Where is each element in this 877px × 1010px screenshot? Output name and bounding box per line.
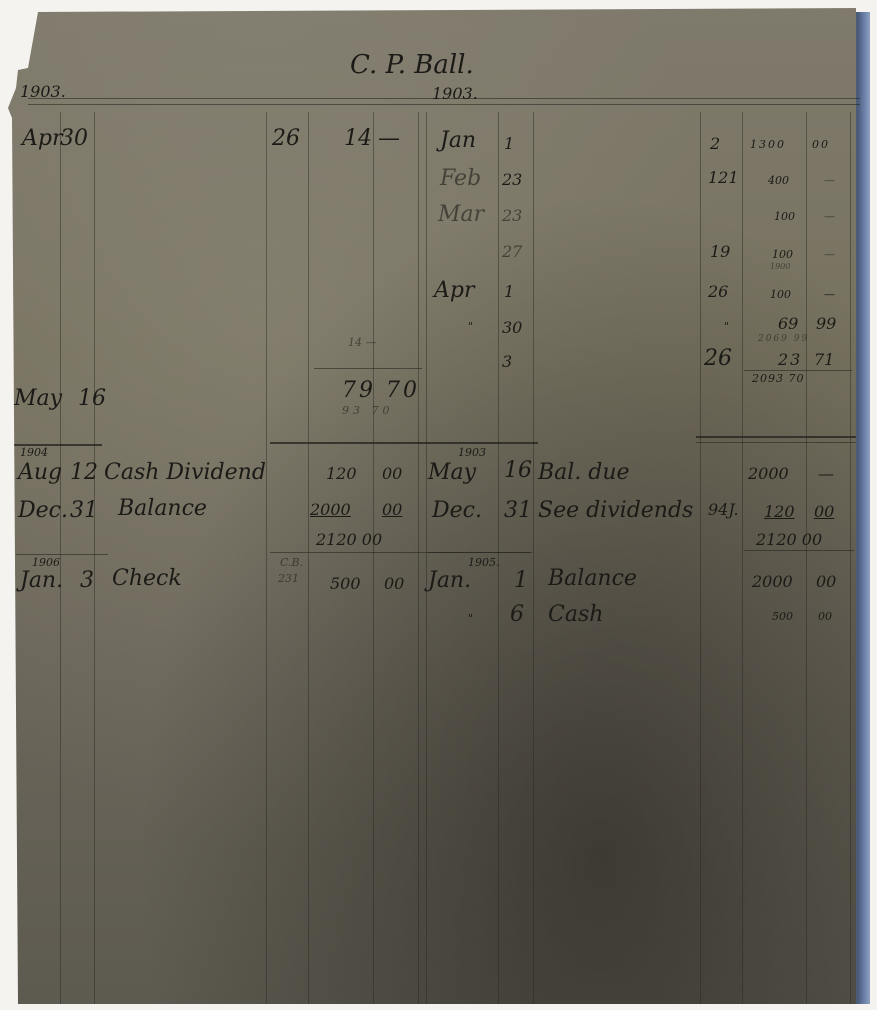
- credit-cents: —: [824, 288, 835, 301]
- column-line: [94, 112, 95, 1010]
- credit-folio: 26: [708, 282, 728, 301]
- bal-due-desc: Bal. due: [538, 460, 630, 485]
- debit-total: 79 70: [342, 378, 420, 403]
- section-rule: [270, 442, 538, 444]
- credit-month: Feb: [440, 166, 481, 191]
- credit-month: Apr: [434, 278, 475, 303]
- credit-folio: ": [724, 320, 729, 333]
- credit-amount: 100: [774, 210, 795, 223]
- credit-day: 23: [502, 206, 522, 225]
- credit-pencil-subtotal: 2069 99: [758, 334, 809, 344]
- balance-fwd-cents: 00: [816, 572, 836, 591]
- balance-fwd-desc: Balance: [548, 566, 637, 591]
- may-month: May: [14, 386, 62, 411]
- credit-amount: 100: [772, 248, 793, 261]
- credit-total: 2093 70: [752, 372, 805, 385]
- credit-dec-day: 31: [504, 498, 532, 523]
- column-line: [60, 112, 61, 1010]
- column-line: [373, 112, 374, 1010]
- credit-day: 1: [504, 282, 514, 301]
- credit-cents: —: [824, 248, 835, 261]
- bal-due-amount: 2000: [748, 464, 789, 483]
- balance-amount: 2000: [310, 500, 351, 519]
- credit-amount: 400: [768, 174, 789, 187]
- section-rule: [744, 550, 854, 551]
- column-line: [426, 112, 427, 1010]
- see-dividends-folio: 94J.: [708, 500, 739, 519]
- aug-day: 12: [70, 460, 98, 485]
- section-rule: [696, 442, 856, 443]
- check-amount: 500: [330, 574, 361, 593]
- debit-section2-total: 2120 00: [316, 530, 382, 549]
- credit-amount: 69: [778, 314, 798, 333]
- aug-month: Aug: [18, 460, 62, 485]
- credit-section2-total: 2120 00: [756, 530, 822, 549]
- column-line: [308, 112, 309, 1010]
- total-rule: [744, 370, 852, 371]
- cash-amount: 500: [772, 610, 793, 623]
- balance-desc: Balance: [118, 496, 207, 521]
- credit-folio: 2: [710, 134, 720, 153]
- cash-day: 6: [510, 602, 524, 627]
- may-day: 16: [78, 386, 106, 411]
- credit-day: 30: [502, 318, 522, 337]
- cash-dividend-amount: 120: [326, 464, 357, 483]
- credit-dec-month: Dec.: [432, 498, 482, 523]
- debit-month: Apr: [22, 126, 63, 151]
- credit-folio: 19: [710, 242, 730, 261]
- debit-pencil-subtotal: 14 —: [348, 336, 377, 349]
- balance-cents: 00: [382, 500, 402, 519]
- check-folio-cb: C.B.: [280, 556, 303, 569]
- column-line: [850, 112, 851, 1010]
- column-line: [418, 112, 419, 1010]
- ledger-page: C. P. Ball. 1903. 1903. Apr 30 26 14 — 1…: [0, 0, 877, 1010]
- see-dividends-amount: 120: [764, 502, 795, 521]
- credit-folio: 26: [704, 346, 732, 371]
- debit-folio: 26: [272, 126, 300, 151]
- debit-amount: 14: [344, 126, 372, 151]
- credit-may-month: May: [428, 460, 476, 485]
- column-line: [266, 112, 267, 1010]
- check-folio: 231: [278, 572, 299, 585]
- credit-day: 1: [504, 134, 514, 153]
- see-dividends-desc: See dividends: [538, 498, 693, 523]
- header-rule-2: [28, 104, 860, 105]
- credit-jan-month: Jan.: [428, 568, 471, 593]
- cash-dividend-desc: Cash Dividend: [104, 460, 266, 485]
- column-line: [806, 112, 807, 1010]
- see-dividends-cents: 00: [814, 502, 834, 521]
- left-year: 1903.: [20, 82, 66, 101]
- cash-desc: Cash: [548, 602, 603, 627]
- credit-cents: 00: [812, 138, 830, 151]
- ledger-sheet: C. P. Ball. 1903. 1903. Apr 30 26 14 — 1…: [8, 8, 856, 1004]
- credit-cents: —: [824, 210, 835, 223]
- debit-cents: —: [378, 126, 400, 151]
- credit-ditto: ": [468, 612, 473, 625]
- right-year: 1903.: [432, 84, 478, 103]
- credit-year-1905: 1905.: [468, 556, 500, 569]
- credit-jan-day: 1: [514, 568, 528, 593]
- section-rule: [16, 554, 108, 555]
- credit-cents: 99: [816, 314, 836, 333]
- credit-cents: 71: [814, 350, 834, 369]
- check-desc: Check: [112, 566, 182, 591]
- bal-due-cents: —: [818, 464, 834, 483]
- jan-day: 3: [80, 568, 94, 593]
- credit-month: ": [468, 320, 473, 333]
- debit-year-1904: 1904: [20, 446, 48, 459]
- debit-total-pencil: 93 70: [342, 404, 394, 417]
- jan-month: Jan.: [20, 568, 63, 593]
- column-line: [700, 112, 701, 1010]
- credit-may-day: 16: [504, 458, 532, 483]
- subtotal-rule: [314, 368, 422, 369]
- credit-day: 23: [502, 170, 522, 189]
- credit-amount: 23: [778, 350, 802, 369]
- cash-dividend-cents: 00: [382, 464, 402, 483]
- check-cents: 00: [384, 574, 404, 593]
- credit-amount: 1300: [750, 138, 786, 151]
- section-rule: [428, 552, 532, 553]
- credit-amount: 100: [770, 288, 791, 301]
- credit-pencil-note: 1900: [770, 262, 790, 271]
- credit-day: 3: [502, 352, 512, 371]
- debit-day: 30: [60, 126, 88, 151]
- account-title: C. P. Ball.: [350, 50, 474, 80]
- credit-folio: 121: [708, 168, 739, 187]
- credit-day: 27: [502, 242, 522, 261]
- dec-day: 31: [70, 498, 98, 523]
- cash-cents: 00: [818, 610, 832, 623]
- dec-month: Dec.: [18, 498, 68, 523]
- credit-year-1903: 1903: [458, 446, 486, 459]
- column-line: [533, 112, 534, 1010]
- credit-cents: —: [824, 174, 835, 187]
- balance-fwd-amount: 2000: [752, 572, 793, 591]
- credit-month: Mar: [438, 202, 484, 227]
- credit-month: Jan: [440, 128, 476, 153]
- section-rule: [696, 436, 856, 438]
- column-line: [742, 112, 743, 1010]
